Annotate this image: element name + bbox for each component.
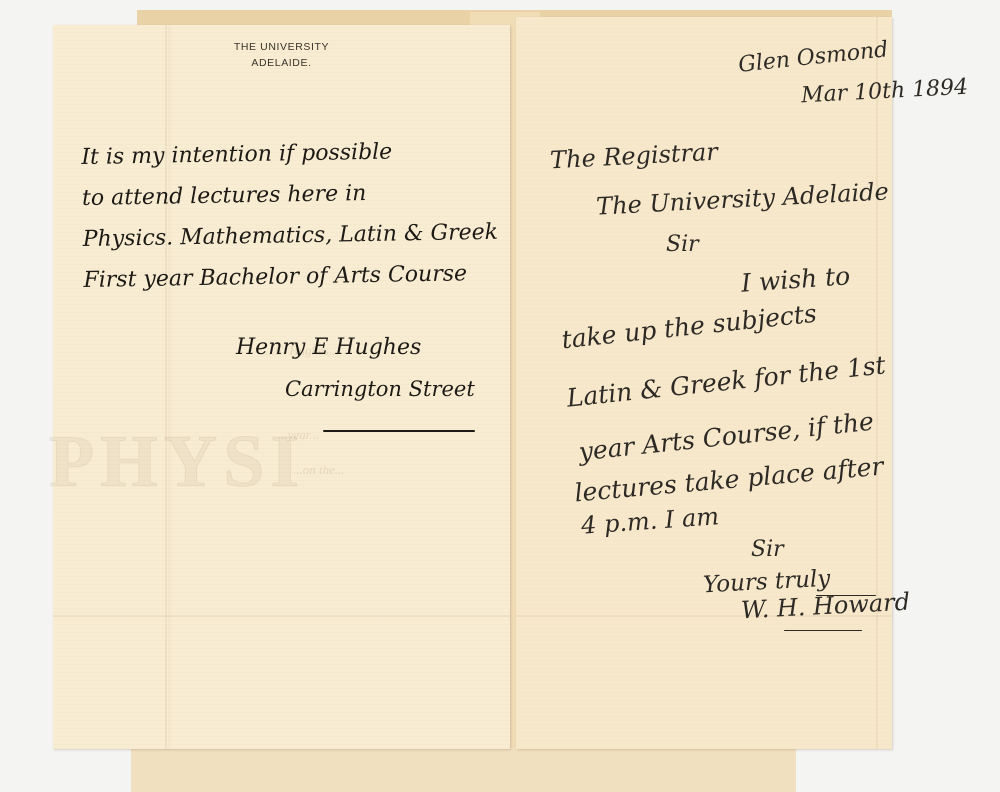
letterhead: THE UNIVERSITY ADELAIDE. [53,39,510,71]
body-line: It is my intention if possible [81,130,497,178]
paper-fold-line [53,615,510,617]
closing-sir: Sir [751,537,784,562]
body-line: 4 p.m. I am [580,502,720,540]
bleed-through-small-text: ...year... [278,427,319,443]
left-letter-page: PHYSI ...E. Hughes... ...year... ...on t… [53,25,510,749]
body-line: I wish to [740,261,851,298]
salutation: Sir [666,232,699,257]
left-letter-body: It is my intention if possible to attend… [81,130,499,301]
addressee-line-2: The University Adelaide [595,177,889,220]
letterhead-line-1: THE UNIVERSITY [53,39,510,55]
signature-underline [784,630,862,631]
letterhead-line-2: ADELAIDE. [53,55,510,71]
paper-fold-line [165,25,167,749]
letter-place: Glen Osmond [737,37,889,78]
left-address: Carrington Street [285,377,475,401]
bleed-through-small-text: ...on the... [293,462,345,478]
body-line: First year Bachelor of Arts Course [83,253,499,301]
letter-date: Mar 10th 1894 [800,75,968,109]
bleed-through-text: PHYSI [49,420,305,505]
right-letter-page: Glen Osmond Mar 10th 1894 The Registrar … [516,17,892,749]
body-line: take up the subjects [560,299,818,355]
body-line: Latin & Greek for the 1st [565,350,887,412]
body-line: Physics. Mathematics, Latin & Greek [82,212,498,260]
signature-flourish [323,430,475,432]
addressee-line-1: The Registrar [549,138,718,175]
body-line: to attend lectures here in [82,171,498,219]
back-sheet-bottom-edge [131,748,796,792]
paper-fold-line [876,17,878,749]
left-signature: Henry E Hughes [236,335,421,360]
